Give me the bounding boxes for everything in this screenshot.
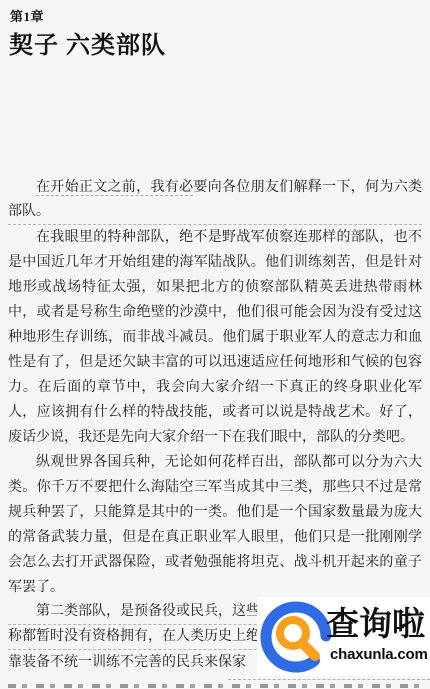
text-line: 规兵种罢了，只能算是其中的一类。他们是一个国家数量最为庞大 <box>8 500 422 525</box>
text-line: 类。你千万不要把什么海陆空三军当成其中三类，那些只不过是常 <box>8 475 422 500</box>
watermark-brand: 查询啦 <box>326 598 425 645</box>
text-line: 地形或战场特征太强，如果把北方的侦察部队精英丢进热带雨林 <box>8 275 422 300</box>
text-line: 力。在后面的章节中，我会向大家介绍一下真正的终身职业化军 <box>8 375 422 400</box>
text-line: 是中国近几年才开始组建的海军陆战队。他们训练刻苦，但是针对 <box>8 250 422 275</box>
watermark: 查询啦 chaxunla.com <box>257 597 430 676</box>
noted-underline-segment: 在开始正文之前，我有必 <box>36 180 193 196</box>
text-line: 纵观世界各国兵种，无论如何花样百出，部队都可以分为六大 <box>8 450 422 475</box>
next-line-clipped <box>8 684 422 688</box>
text-line: 种地形生存训练，而非战斗减员。他们属于职业军人的意志力和血 <box>8 325 422 350</box>
text-line: 废话少说，我还是先向大家介绍一下在我们眼中，部队的分类吧。 <box>8 425 422 450</box>
magnifier-logo-icon <box>258 599 334 675</box>
text-line: 在开始正文之前，我有必要向各位朋友们解释一下，何为六类 <box>8 175 422 200</box>
text-line: 性是有了，但是还欠缺丰富的可以迅速适应任何地形和气候的包容 <box>8 350 422 375</box>
text-line: 人，应该拥有什么样的特战技能，或者可以说是特战艺术。好了， <box>8 400 422 425</box>
text-line: 会怎么去打开武器保险，或者勉强能将坦克、战斗机开起来的童子 <box>8 550 422 575</box>
page-title: 契子 六类部队 <box>9 25 166 60</box>
text-line: 在我眼里的特种部队，绝不是野战军侦察连那样的部队，也不 <box>8 225 422 250</box>
reader-page: 第1章 契子 六类部队 在开始正文之前，我有必要向各位朋友们解释一下，何为六类部… <box>0 0 430 689</box>
text-line: 中，或者是号称生命绝壁的沙漠中，他们很可能会因为没有受过这 <box>8 300 422 325</box>
line-text: 要向各位朋友们解释一下，何为六类 <box>193 180 422 195</box>
text-line: 部队。 <box>8 200 422 225</box>
chapter-label: 第1章 <box>10 6 44 25</box>
note-underline-rule <box>228 679 430 680</box>
watermark-domain: chaxunla.com <box>330 646 428 663</box>
text-line: 的常备武装力量，但是在真正职业军人眼里，他们只是一批刚刚学 <box>8 525 422 550</box>
